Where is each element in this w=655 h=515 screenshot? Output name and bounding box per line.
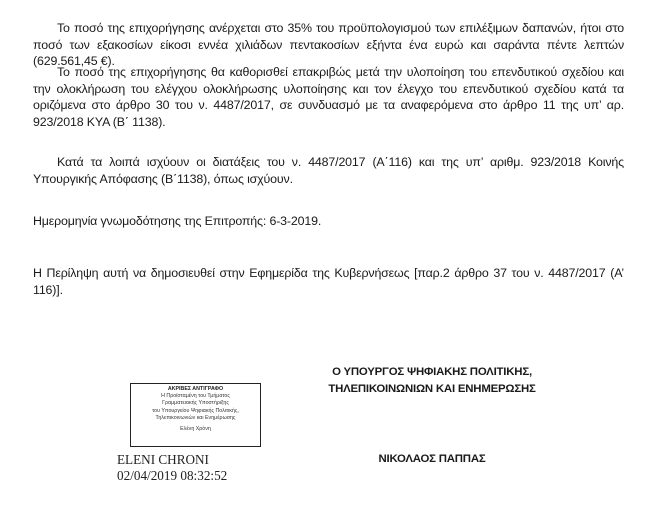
grant-determination-paragraph: Το ποσό της επιχορήγησης θα καθορισθεί ε… [33,64,624,130]
certified-copy-stamp: ΑΚΡΙΒΕΣ ΑΝΤΙΓΡΑΦΟ Η Προϊσταμένη του Τμήμ… [130,383,261,447]
stamp-line: του Υπουργείου Ψηφιακής Πολιτικής, [131,408,260,415]
stamp-line: Γραμματειακής Υποστήριξης [131,400,260,407]
minister-title-line1: Ο ΥΠΟΥΡΓΟΣ ΨΗΦΙΑΚΗΣ ΠΟΛΙΤΙΚΗΣ, [322,364,542,381]
stamp-line: Τηλεπικοινωνιών και Ενημέρωσης [131,415,260,422]
electronic-signature: ELENI CHRONI 02/04/2019 08:32:52 [117,452,227,484]
minister-title: Ο ΥΠΟΥΡΓΟΣ ΨΗΦΙΑΚΗΣ ΠΟΛΙΤΙΚΗΣ, ΤΗΛΕΠΙΚΟΙ… [322,364,542,398]
stamp-signer: Ελένη Χρόνη [131,426,260,433]
esign-name: ELENI CHRONI [117,452,227,468]
grant-amount-paragraph: Το ποσό της επιχορήγησης ανέρχεται στο 3… [33,20,624,70]
committee-opinion-date: Ημερομηνία γνωμοδότησης της Επιτροπής: 6… [33,213,624,230]
applicable-provisions-paragraph: Κατά τα λοιπά ισχύουν οι διατάξεις του ν… [33,154,624,187]
minister-name: ΝΙΚΟΛΑΟΣ ΠΑΠΠΑΣ [322,453,542,465]
minister-title-line2: ΤΗΛΕΠΙΚΟΙΝΩΝΙΩΝ ΚΑΙ ΕΝΗΜΕΡΩΣΗΣ [322,381,542,398]
esign-timestamp: 02/04/2019 08:32:52 [117,468,227,484]
publication-instruction-paragraph: Η Περίληψη αυτή να δημοσιευθεί στην Εφημ… [33,265,624,298]
